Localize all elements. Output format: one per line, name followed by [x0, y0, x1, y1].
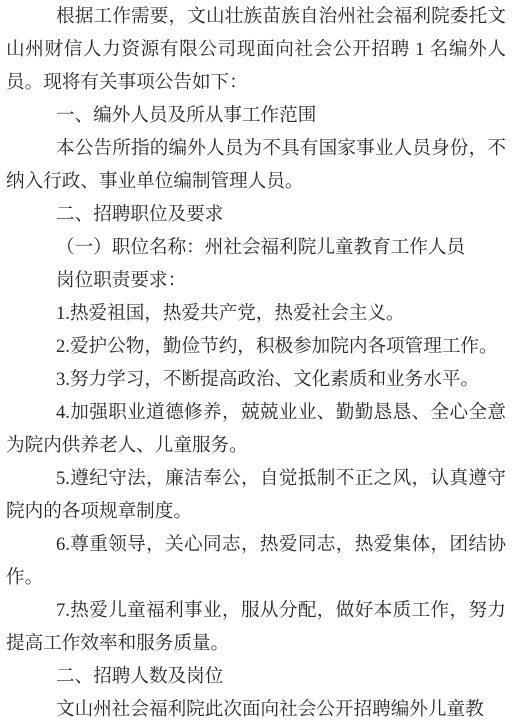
paragraph: 岗位职责要求：: [6, 264, 506, 297]
paragraph: 7.热爱儿童福利事业，服从分配，做好本质工作，努力提高工作效率和服务质量。: [6, 594, 506, 660]
paragraph: 本公告所指的编外人员为不具有国家事业人员身份，不纳入行政、事业单位编制管理人员。: [6, 132, 506, 198]
document-page: 根据工作需要，文山壮族苗族自治州社会福利院委托文山州财信人力资源有限公司现面向社…: [0, 0, 512, 726]
paragraph: （一）职位名称：州社会福利院儿童教育工作人员: [6, 231, 506, 264]
section-heading: 一、编外人员及所从事工作范围: [6, 99, 506, 132]
paragraph: 2.爱护公物，勤俭节约，积极参加院内各项管理工作。: [6, 330, 506, 363]
paragraph: 5.遵纪守法，廉洁奉公，自觉抵制不正之风，认真遵守院内的各项规章制度。: [6, 462, 506, 528]
paragraph: 文山州社会福利院此次面向社会公开招聘编外儿童教: [6, 693, 506, 726]
paragraph: 4.加强职业道德修养，兢兢业业、勤勤恳恳、全心全意为院内供养老人、儿童服务。: [6, 396, 506, 462]
section-heading: 二、招聘职位及要求: [6, 198, 506, 231]
paragraph: 1.热爱祖国，热爱共产党，热爱社会主义。: [6, 297, 506, 330]
document-body: 根据工作需要，文山壮族苗族自治州社会福利院委托文山州财信人力资源有限公司现面向社…: [6, 0, 506, 726]
paragraph: 3.努力学习，不断提高政治、文化素质和业务水平。: [6, 363, 506, 396]
paragraph: 根据工作需要，文山壮族苗族自治州社会福利院委托文山州财信人力资源有限公司现面向社…: [6, 0, 506, 99]
paragraph: 6.尊重领导，关心同志，热爱同志，热爱集体，团结协作。: [6, 528, 506, 594]
section-heading: 二、招聘人数及岗位: [6, 660, 506, 693]
